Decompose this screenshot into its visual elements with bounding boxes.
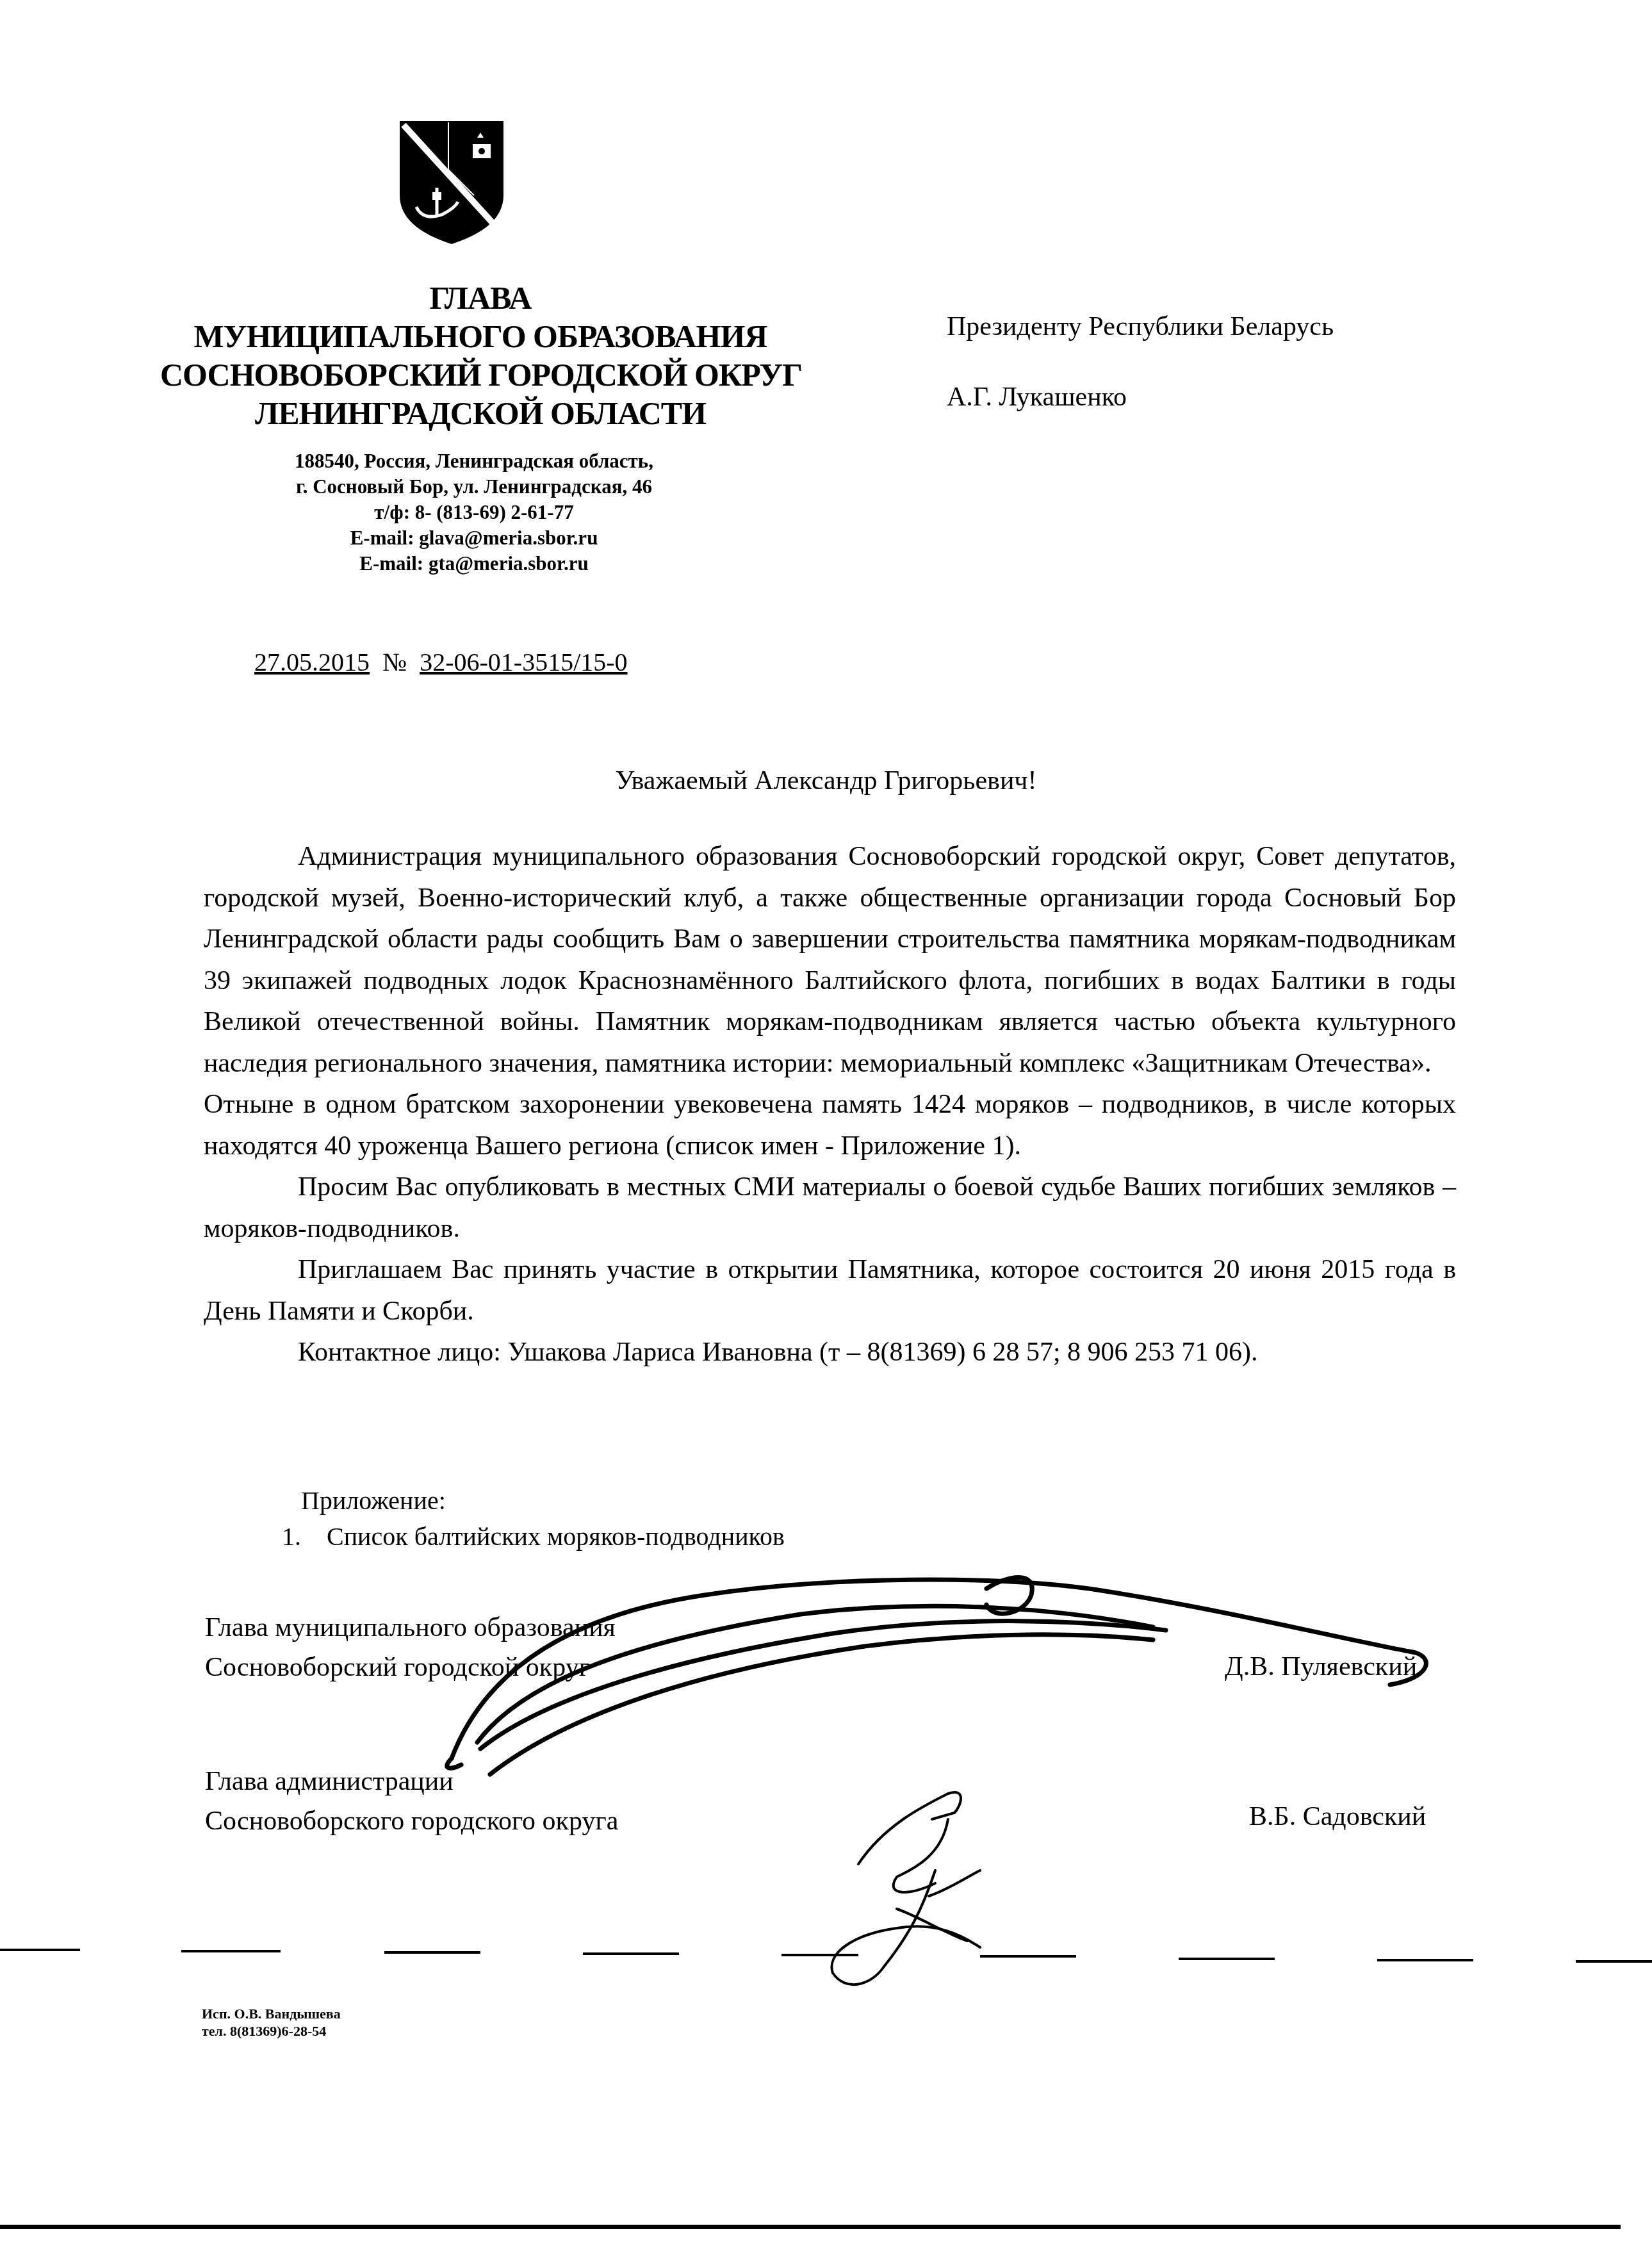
- signatory-position: Глава муниципального образования Сосново…: [205, 1608, 616, 1687]
- recipient-title: Президенту Республики Беларусь: [947, 291, 1334, 362]
- address-line: 188540, Россия, Ленинградская область,: [224, 448, 724, 474]
- executor-note: Исп. О.В. Вандышева тел. 8(81369)6-28-54: [202, 2005, 341, 2040]
- email-line: E-mail: glava@meria.sbor.ru: [224, 525, 724, 551]
- separator-segment: [583, 1952, 679, 1955]
- position-line: Глава муниципального образования: [205, 1608, 616, 1648]
- sender-organization: ГЛАВА МУНИЦИПАЛЬНОГО ОБРАЗОВАНИЯ СОСНОВО…: [160, 279, 801, 432]
- executor-phone: тел. 8(81369)6-28-54: [202, 2022, 341, 2040]
- executor-name: Исп. О.В. Вандышева: [202, 2005, 341, 2022]
- letter-number: 32-06-01-3515/15-0: [420, 648, 627, 676]
- address-line: г. Сосновый Бор, ул. Ленинградская, 46: [224, 474, 724, 500]
- annex-item-number: 1.: [282, 1519, 327, 1555]
- letter-date: 27.05.2015: [254, 648, 370, 676]
- separator-segment: [1179, 1958, 1275, 1960]
- org-line: ЛЕНИНГРАДСКОЙ ОБЛАСТИ: [160, 394, 801, 432]
- body-paragraph: Приглашаем Вас принять участие в открыти…: [204, 1249, 1456, 1332]
- sender-address: 188540, Россия, Ленинградская область, г…: [224, 448, 724, 577]
- registration-line: 27.05.2015№32-06-01-3515/15-0: [254, 647, 628, 677]
- coat-of-arms-icon: [397, 119, 506, 247]
- signatory-name: Д.В. Пуляевский: [1225, 1651, 1417, 1682]
- separator-segment: [384, 1951, 480, 1954]
- body-paragraph: Просим Вас опубликовать в местных СМИ ма…: [204, 1166, 1456, 1249]
- recipient-block: Президенту Республики Беларусь А.Г. Лука…: [947, 291, 1334, 432]
- position-line: Сосновоборский городской округ: [205, 1648, 616, 1687]
- annex-item-text: Список балтийских моряков-подводников: [327, 1522, 785, 1551]
- letter-body: Администрация муниципального образования…: [204, 836, 1456, 1373]
- org-line: ГЛАВА: [160, 279, 801, 317]
- position-line: Глава администрации: [205, 1762, 618, 1801]
- bottom-rule: [0, 2225, 1621, 2229]
- position-line: Сосновоборского городского округа: [205, 1801, 618, 1841]
- separator-segment: [1377, 1959, 1473, 1961]
- separator-segment: [781, 1954, 858, 1956]
- body-paragraph: Отныне в одном братском захоронении увек…: [204, 1084, 1456, 1166]
- signatory-position: Глава администрации Сосновоборского горо…: [205, 1762, 618, 1841]
- annex-item: 1.Список балтийских моряков-подводников: [282, 1519, 785, 1555]
- org-line: МУНИЦИПАЛЬНОГО ОБРАЗОВАНИЯ: [160, 317, 801, 356]
- number-sign: №: [382, 648, 407, 676]
- salutation: Уважаемый Александр Григорьевич!: [0, 765, 1652, 796]
- separator-segment: [181, 1950, 281, 1952]
- recipient-name: А.Г. Лукашенко: [947, 362, 1334, 432]
- signatory-name: В.Б. Садовский: [1249, 1801, 1426, 1832]
- separator-segment: [1576, 1960, 1652, 1963]
- annex-block: Приложение: 1.Список балтийских моряков-…: [301, 1483, 785, 1555]
- org-line: СОСНОВОБОРСКИЙ ГОРОДСКОЙ ОКРУГ: [160, 356, 801, 394]
- body-paragraph: Контактное лицо: Ушакова Лариса Ивановна…: [204, 1332, 1456, 1373]
- body-paragraph: Администрация муниципального образования…: [204, 836, 1456, 1084]
- phone-fax-line: т/ф: 8- (813-69) 2-61-77: [224, 500, 724, 525]
- annex-heading: Приложение:: [301, 1483, 785, 1519]
- separator-segment: [0, 1949, 80, 1951]
- email-line: E-mail: gta@meria.sbor.ru: [224, 551, 724, 577]
- separator-segment: [980, 1955, 1076, 1958]
